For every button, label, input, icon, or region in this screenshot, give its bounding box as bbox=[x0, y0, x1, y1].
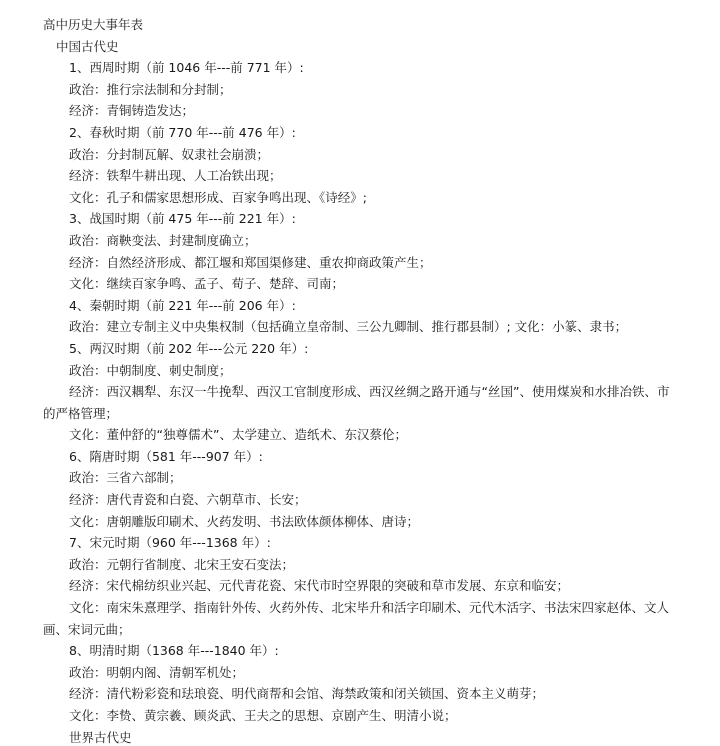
period-item: 政治：推行宗法制和分封制； bbox=[43, 79, 673, 101]
period-heading: 5、两汉时期（前 202 年---公元 220 年）: bbox=[43, 338, 673, 360]
period-heading: 1、西周时期（前 1046 年---前 771 年）: bbox=[43, 57, 673, 79]
period-item: 政治：商鞅变法、封建制度确立； bbox=[43, 230, 673, 252]
period-item: 政治：明朝内阁、清朝军机处； bbox=[43, 662, 673, 684]
period-heading: 3、战国时期（前 475 年---前 221 年）: bbox=[43, 208, 673, 230]
period-item: 政治：分封制瓦解、奴隶社会崩溃； bbox=[43, 144, 673, 166]
period-block-song-yuan: 7、宋元时期（960 年---1368 年）: 政治：元朝行省制度、北宋王安石变… bbox=[43, 532, 673, 640]
period-item: 文化：继续百家争鸣、孟子、荀子、楚辞、司南； bbox=[43, 273, 673, 295]
period-block-western-zhou: 1、西周时期（前 1046 年---前 771 年）: 政治：推行宗法制和分封制… bbox=[43, 57, 673, 122]
section-heading-ancient-china: 中国古代史 bbox=[43, 36, 673, 58]
period-block-spring-autumn: 2、春秋时期（前 770 年---前 476 年）: 政治：分封制瓦解、奴隶社会… bbox=[43, 122, 673, 208]
section-heading-ancient-world: 世界古代史 bbox=[43, 727, 673, 746]
period-block-ming-qing: 8、明清时期（1368 年---1840 年）: 政治：明朝内阁、清朝军机处； … bbox=[43, 640, 673, 726]
period-block-han: 5、两汉时期（前 202 年---公元 220 年）: 政治：中朝制度、刺史制度… bbox=[43, 338, 673, 446]
period-block-qin: 4、秦朝时期（前 221 年---前 206 年）: 政治：建立专制主义中央集权… bbox=[43, 295, 673, 338]
period-heading: 7、宋元时期（960 年---1368 年）: bbox=[43, 532, 673, 554]
period-block-sui-tang: 6、隋唐时期（581 年---907 年）: 政治：三省六部制； 经济：唐代青瓷… bbox=[43, 446, 673, 532]
period-item: 文化：南宋朱熹理学、指南针外传、火药外传、北宋毕升和活字印刷术、元代木活字、书法… bbox=[43, 597, 673, 640]
period-item: 政治：三省六部制； bbox=[43, 467, 673, 489]
period-heading: 2、春秋时期（前 770 年---前 476 年）: bbox=[43, 122, 673, 144]
period-item: 文化：唐朝雕版印刷术、火药发明、书法欧体颜体柳体、唐诗； bbox=[43, 511, 673, 533]
period-heading: 4、秦朝时期（前 221 年---前 206 年）: bbox=[43, 295, 673, 317]
period-item: 文化：李贽、黄宗羲、顾炎武、王夫之的思想、京剧产生、明清小说； bbox=[43, 705, 673, 727]
period-item: 经济：青铜铸造发达； bbox=[43, 100, 673, 122]
period-item: 政治：建立专制主义中央集权制（包括确立皇帝制、三公九卿制、推行郡县制）; 文化：… bbox=[43, 316, 673, 338]
period-item: 经济：唐代青瓷和白瓷、六朝草市、长安； bbox=[43, 489, 673, 511]
document-title: 高中历史大事年表 bbox=[43, 14, 673, 36]
document-body: 高中历史大事年表 中国古代史 1、西周时期（前 1046 年---前 771 年… bbox=[43, 14, 673, 746]
period-item: 经济：宋代棉纺织业兴起、元代青花瓷、宋代市时空界限的突破和草市发展、东京和临安； bbox=[43, 575, 673, 597]
period-item: 文化：孔子和儒家思想形成、百家争鸣出现、《诗经》; bbox=[43, 187, 673, 209]
period-item: 政治：元朝行省制度、北宋王安石变法； bbox=[43, 554, 673, 576]
period-item: 经济：自然经济形成、都江堰和郑国渠修建、重农抑商政策产生； bbox=[43, 252, 673, 274]
period-item: 文化：董仲舒的“独尊儒术”、太学建立、造纸术、东汉蔡伦； bbox=[43, 424, 673, 446]
period-item: 经济：西汉耦犁、东汉一牛挽犁、西汉工官制度形成、西汉丝绸之路开通与“丝国”、使用… bbox=[43, 381, 673, 424]
period-heading: 8、明清时期（1368 年---1840 年）: bbox=[43, 640, 673, 662]
period-item: 经济：清代粉彩瓷和珐琅瓷、明代商帮和会馆、海禁政策和闭关锁国、资本主义萌芽； bbox=[43, 683, 673, 705]
period-block-warring-states: 3、战国时期（前 475 年---前 221 年）: 政治：商鞅变法、封建制度确… bbox=[43, 208, 673, 294]
period-item: 政治：中朝制度、刺史制度； bbox=[43, 360, 673, 382]
period-item: 经济：铁犁牛耕出现、人工冶铁出现； bbox=[43, 165, 673, 187]
period-heading: 6、隋唐时期（581 年---907 年）: bbox=[43, 446, 673, 468]
